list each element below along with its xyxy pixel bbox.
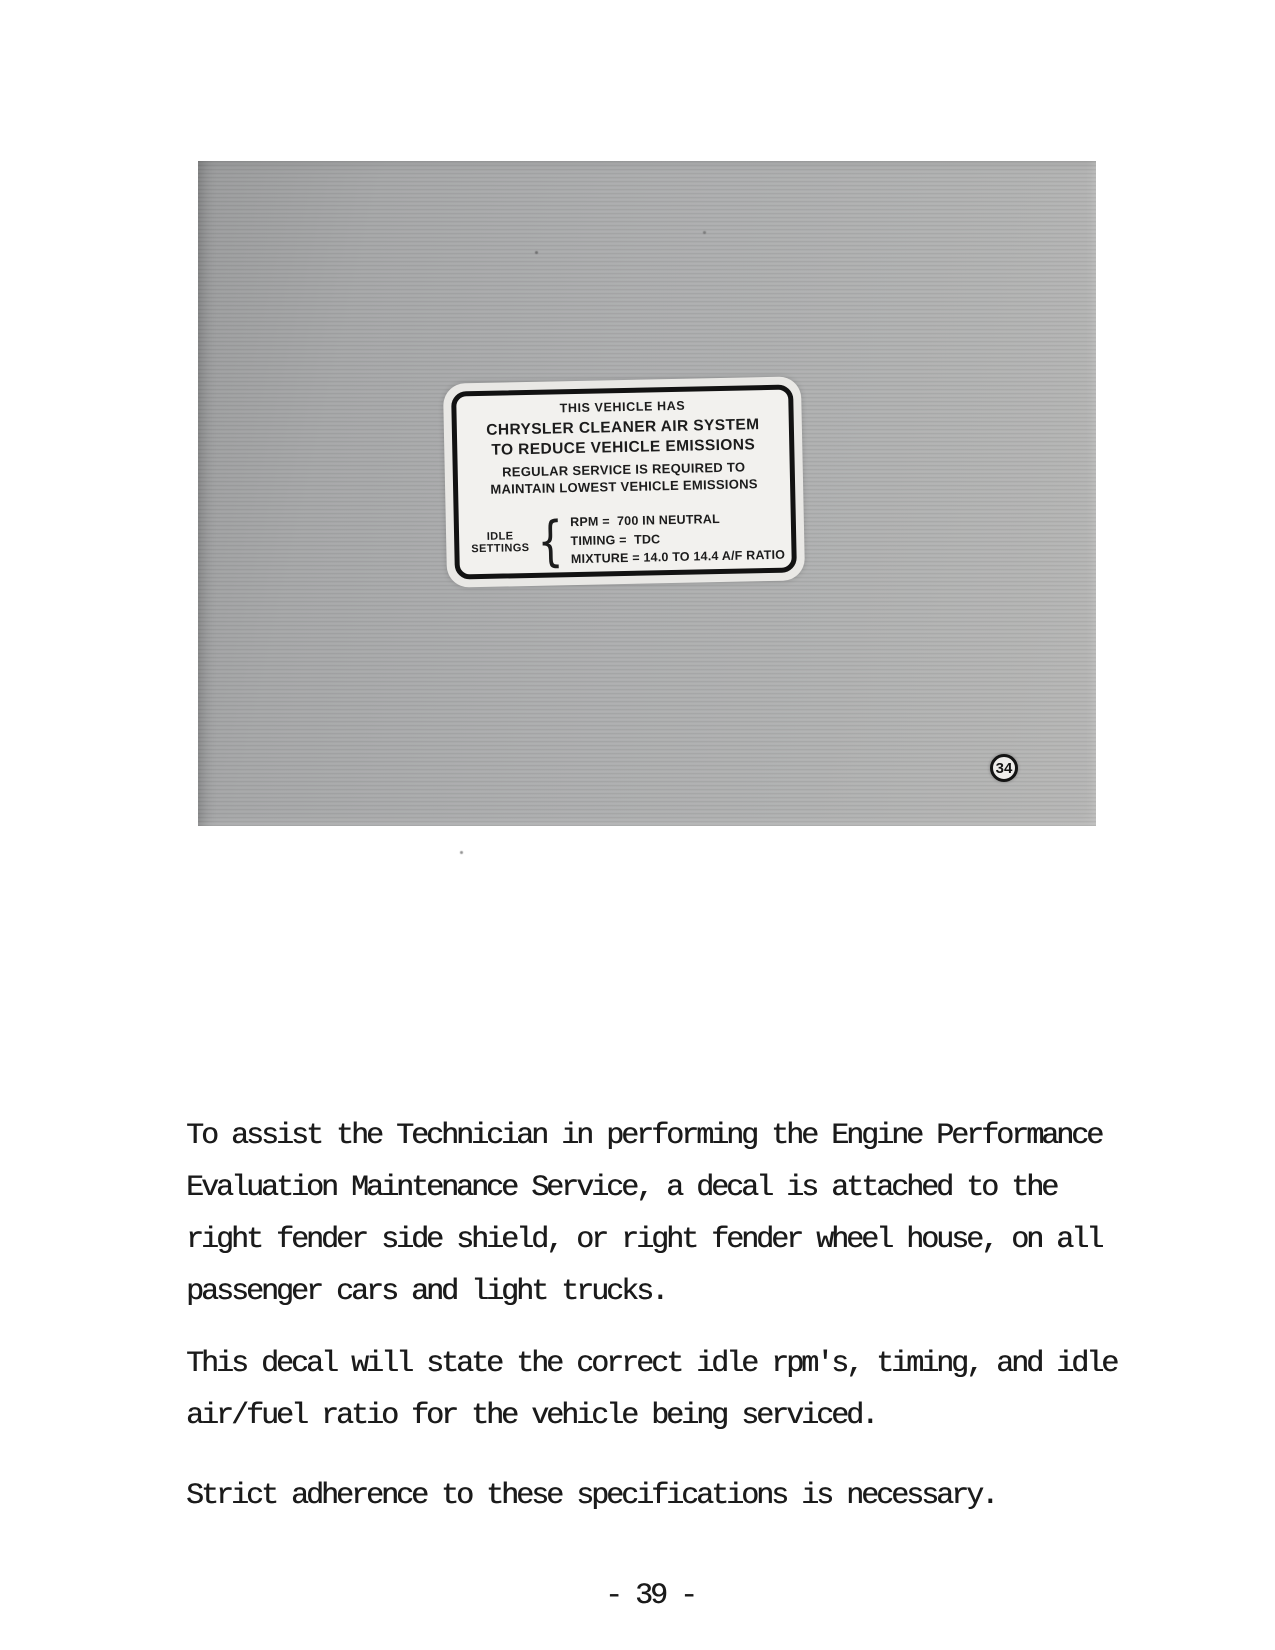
idle-settings-label-line2: SETTINGS xyxy=(469,542,531,555)
curly-brace-icon: { xyxy=(537,514,564,569)
body-text: To assist the Technician in performing t… xyxy=(186,1110,1114,1522)
text-line: To assist the Technician in performing t… xyxy=(186,1110,1114,1162)
paragraph: To assist the Technician in performing t… xyxy=(186,1110,1114,1318)
paragraph: This decal will state the correct idle r… xyxy=(186,1338,1114,1442)
figure-number-badge: 34 xyxy=(990,754,1018,782)
idle-settings-label: IDLE SETTINGS xyxy=(469,530,531,555)
text-line: Evaluation Maintenance Service, a decal … xyxy=(186,1162,1114,1214)
page-number: - 39 - xyxy=(186,1570,1114,1622)
text-line: Strict adherence to these specifications… xyxy=(186,1470,1114,1522)
idle-settings-values: RPM = 700 IN NEUTRAL TIMING = TDC MIXTUR… xyxy=(570,509,785,569)
emissions-decal-face: THIS VEHICLE HAS CHRYSLER CLEANER AIR SY… xyxy=(451,384,797,579)
text-line: air/fuel ratio for the vehicle being ser… xyxy=(186,1390,1114,1442)
text-line: right fender side shield, or right fende… xyxy=(186,1214,1114,1266)
photo-dust-specks xyxy=(198,161,201,164)
paragraph: Strict adherence to these specifications… xyxy=(186,1470,1114,1522)
manual-page: THIS VEHICLE HAS CHRYSLER CLEANER AIR SY… xyxy=(0,0,1275,1650)
idle-mixture-row: MIXTURE = 14.0 TO 14.4 A/F RATIO xyxy=(571,546,786,569)
idle-settings-block: IDLE SETTINGS { RPM = 700 IN NEUTRAL TIM… xyxy=(459,509,792,571)
decal-photograph: THIS VEHICLE HAS CHRYSLER CLEANER AIR SY… xyxy=(198,161,1096,826)
text-line: passenger cars and light trucks. xyxy=(186,1266,1114,1318)
text-line: This decal will state the correct idle r… xyxy=(186,1338,1114,1390)
emissions-decal: THIS VEHICLE HAS CHRYSLER CLEANER AIR SY… xyxy=(443,376,805,587)
